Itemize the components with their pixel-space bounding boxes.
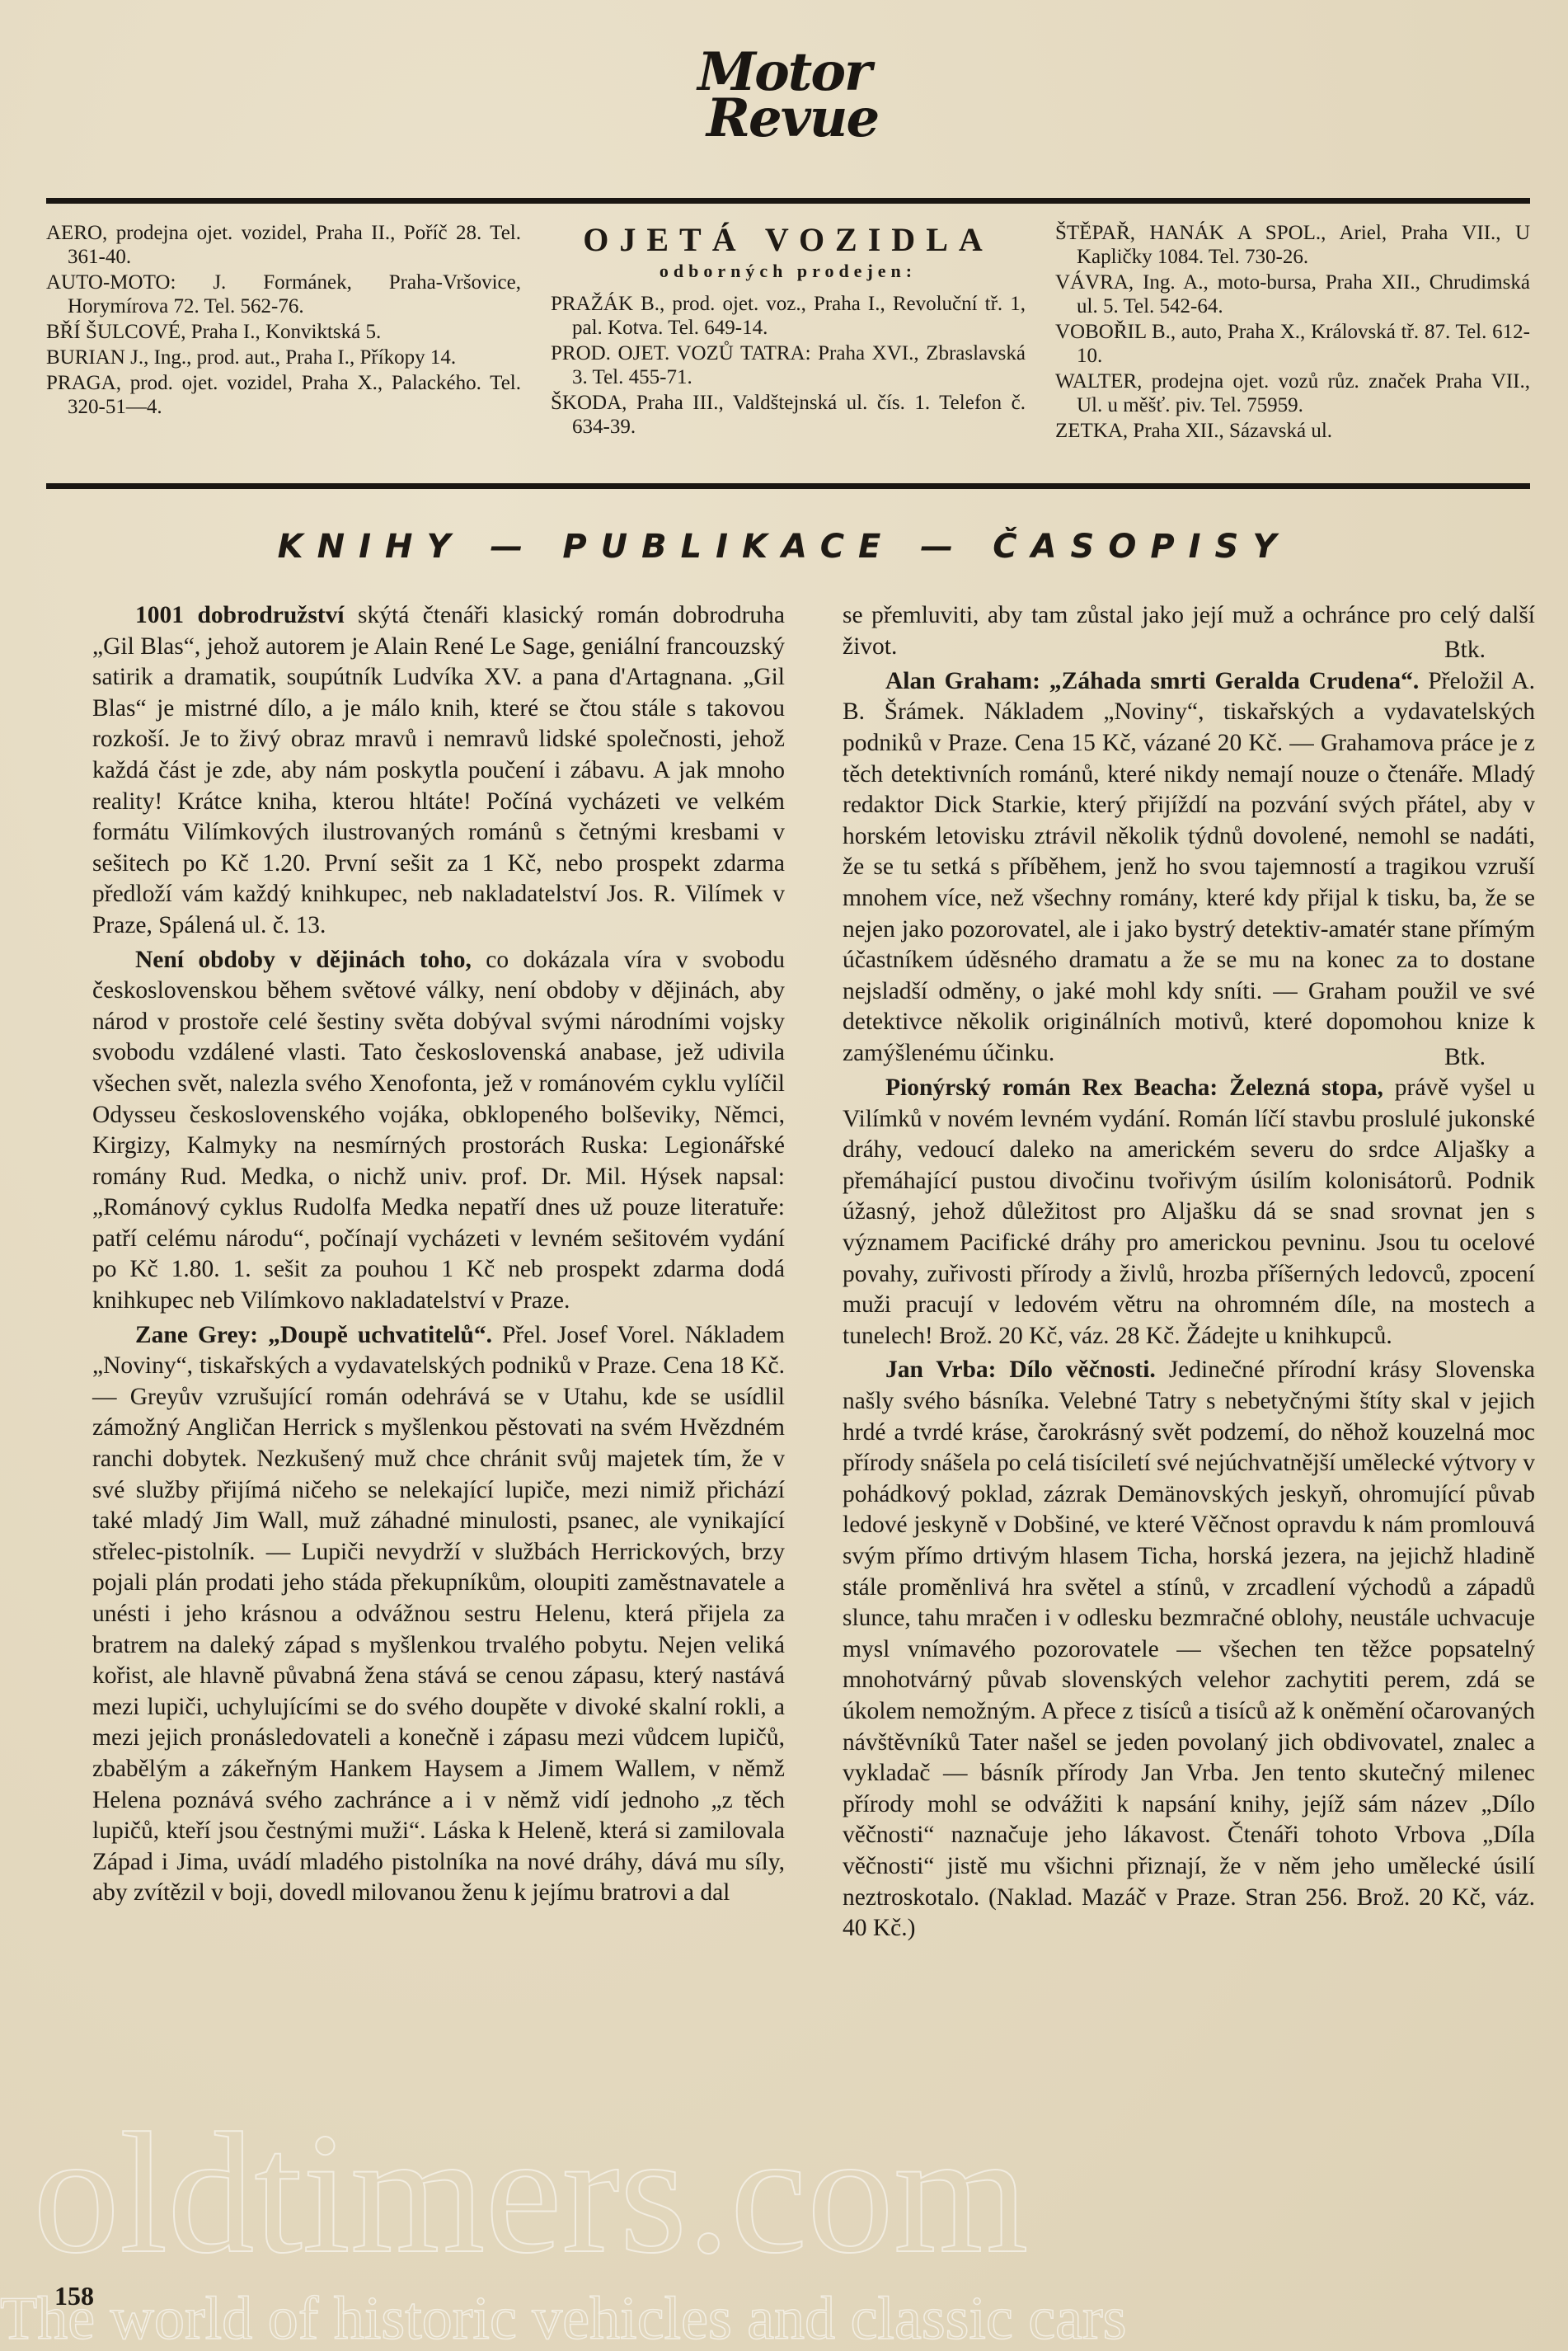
- left-column: 1001 dobrodružství skýtá čtenáři klasick…: [92, 600, 785, 1948]
- dealer-entry: PRAGA, prod. ojet. vozidel, Praha X., Pa…: [46, 371, 521, 419]
- dealers-center-column: OJETÁ VOZIDLA odborných prodejen: PRAŽÁK…: [551, 221, 1026, 444]
- dealer-entry: PROD. OJET. VOZŮ TATRA: Praha XVI., Zbra…: [551, 341, 1026, 389]
- review-lead: Alan Graham: „Záhada smrti Geralda Crude…: [885, 668, 1419, 694]
- review-signature: Btk.: [843, 635, 1535, 666]
- dealers-title: OJETÁ VOZIDLA: [551, 221, 1026, 259]
- review-lead: Není obdoby v dějinách toho,: [135, 947, 472, 973]
- divider-top: [46, 198, 1530, 204]
- dealer-entry: BURIAN J., Ing., prod. aut., Praha I., P…: [46, 346, 521, 369]
- review-body: co dokázala víra v svobodu československ…: [92, 947, 785, 1314]
- review-paragraph: Pionýrský román Rex Beacha: Železná stop…: [843, 1073, 1535, 1352]
- review-lead: Jan Vrba: Dílo věčnosti.: [885, 1357, 1156, 1383]
- right-column: se přemluviti, aby tam zůstal jako její …: [843, 600, 1535, 1948]
- used-vehicles-dealers-box: AERO, prodejna ojet. vozidel, Praha II.,…: [46, 221, 1530, 444]
- dealer-entry: PRAŽÁK B., prod. ojet. voz., Praha I., R…: [551, 292, 1026, 340]
- dealer-entry: WALTER, prodejna ojet. vozů růz. značek …: [1055, 369, 1530, 417]
- dealer-entry: VOBOŘIL B., auto, Praha X., Královská tř…: [1055, 320, 1530, 368]
- review-paragraph: Jan Vrba: Dílo věčnosti. Jedinečné příro…: [843, 1355, 1535, 1944]
- masthead: Motor Revue: [0, 49, 1568, 142]
- dealer-entry: VÁVRA, Ing. A., moto-bursa, Praha XII., …: [1055, 270, 1530, 318]
- page-number: 158: [54, 2281, 94, 2311]
- review-body: Přeložil A. B. Šrámek. Nákladem „Noviny“…: [843, 668, 1535, 1066]
- dealer-entry: ŠKODA, Praha III., Valdštejnská ul. čís.…: [551, 391, 1026, 439]
- review-lead: 1001 dobrodružství: [135, 602, 345, 628]
- dealer-entry: ZETKA, Praha XII., Sázavská ul.: [1055, 419, 1530, 443]
- article-columns: 1001 dobrodružství skýtá čtenáři klasick…: [92, 600, 1535, 1948]
- review-paragraph: 1001 dobrodružství skýtá čtenáři klasick…: [92, 600, 785, 942]
- review-paragraph: Alan Graham: „Záhada smrti Geralda Crude…: [843, 666, 1535, 1070]
- section-heading: KNIHY — PUBLIKACE — ČASOPISY: [0, 528, 1568, 566]
- dealers-left-column: AERO, prodejna ojet. vozidel, Praha II.,…: [46, 221, 521, 444]
- review-body: právě vyšel u Vilímků v novém levném vyd…: [843, 1074, 1535, 1349]
- footer-tagline-watermark: The world of historic vehicles and class…: [0, 2284, 1126, 2351]
- review-body: Přel. Josef Vorel. Nákladem „Noviny“, ti…: [92, 1322, 785, 1907]
- dealers-subtitle: odborných prodejen:: [551, 259, 1026, 284]
- dealer-entry: AERO, prodejna ojet. vozidel, Praha II.,…: [46, 221, 521, 269]
- logo-revue: Revue: [16, 96, 1568, 142]
- watermark-text: oldtimers.com: [33, 2095, 1028, 2293]
- divider-bottom: [46, 483, 1530, 489]
- review-lead: Pionýrský román Rex Beacha: Železná stop…: [885, 1074, 1383, 1101]
- dealers-right-column: ŠTĚPAŘ, HANÁK A SPOL., Ariel, Praha VII.…: [1055, 221, 1530, 444]
- dealer-entry: AUTO-MOTO: J. Formánek, Praha-Vršovice, …: [46, 270, 521, 318]
- review-body: Jedinečné přírodní krásy Slovenska našly…: [843, 1357, 1535, 1941]
- dealer-entry: ŠTĚPAŘ, HANÁK A SPOL., Ariel, Praha VII.…: [1055, 221, 1530, 269]
- review-paragraph: Není obdoby v dějinách toho, co dokázala…: [92, 945, 785, 1317]
- review-body: skýtá čtenáři klasický román dobrodruha …: [92, 602, 785, 938]
- review-paragraph: Zane Grey: „Doupě uchvatitelů“. Přel. Jo…: [92, 1320, 785, 1909]
- review-lead: Zane Grey: „Doupě uchvatitelů“.: [135, 1322, 492, 1348]
- dealer-entry: BŘÍ ŠULCOVÉ, Praha I., Konviktská 5.: [46, 320, 521, 344]
